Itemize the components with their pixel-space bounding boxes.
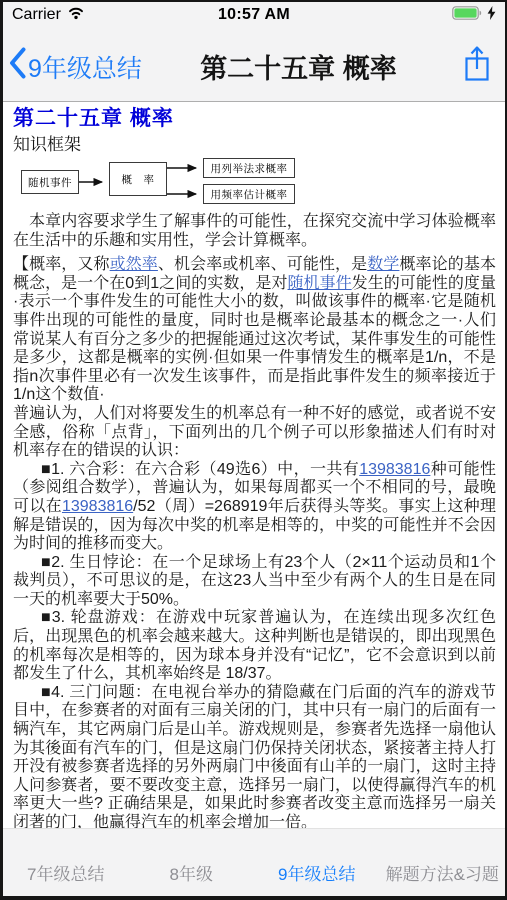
inline-link[interactable]: 13983816 <box>359 461 430 478</box>
text-segment: 、机会率或机率、可能性，是 <box>158 256 367 273</box>
tab-item[interactable]: 解题方法&习题 <box>380 860 506 885</box>
screen: Carrier 10:57 AM <box>0 0 507 900</box>
paragraph: 【概率，又称或然率、机会率或机率、可能性，是数学概率论的基本概念，是一个在0到1… <box>13 256 496 405</box>
carrier-label: Carrier <box>12 6 61 24</box>
share-icon <box>463 45 491 88</box>
paragraph: 本章内容要求学生了解事件的可能性，在探究交流中学习体验概率在生活中的乐趣和实用性… <box>13 213 496 250</box>
text-segment: 【概率，又称 <box>13 256 110 273</box>
framework-label: 知识框架 <box>13 134 496 156</box>
text-segment: 本章内容要求学生了解事件的可能性，在探究交流中学习体验概率在生活中的乐趣和实用性… <box>13 213 496 249</box>
inline-link[interactable]: 13983816 <box>62 498 133 515</box>
tab-item[interactable]: 8年级 <box>129 860 255 885</box>
paragraph: ■1. 六合彩：在六合彩（49选6）中，一共有13983816种可能性（参阅组合… <box>13 461 496 554</box>
wifi-icon <box>67 6 85 25</box>
text-segment: ■3. 轮盘游戏：在游戏中玩家普遍认为，在连续出现多次红色后，出现黑色的机率会越… <box>13 609 496 682</box>
diagram-node-random-event: 随机事件 <box>21 170 79 194</box>
page-title: 第二十五章 概率 <box>142 47 455 86</box>
document-heading: 第二十五章 概率 <box>13 106 496 132</box>
diagram-node-probability: 概 率 <box>109 162 167 196</box>
text-segment: ■2. 生日悖论：在一个足球场上有23个人（2×11个运动员和1个裁判员），不可… <box>13 554 496 608</box>
inline-link[interactable]: 或然率 <box>110 256 158 273</box>
paragraph: ■3. 轮盘游戏：在游戏中玩家普遍认为，在连续出现多次红色后，出现黑色的机率会越… <box>13 609 496 683</box>
back-button-label: 9年级总结 <box>28 49 142 85</box>
back-chevron-icon <box>9 47 26 86</box>
document-body: 本章内容要求学生了解事件的可能性，在探究交流中学习体验概率在生活中的乐趣和实用性… <box>13 213 496 828</box>
share-button[interactable] <box>455 45 499 88</box>
paragraph: ■2. 生日悖论：在一个足球场上有23个人（2×11个运动员和1个裁判员），不可… <box>13 554 496 610</box>
nav-bar: 9年级总结 第二十五章 概率 <box>3 28 505 102</box>
knowledge-diagram: 随机事件 概 率 用列举法求概率 用频率估计概率 <box>13 158 496 208</box>
paragraph: 普遍认为，人们对将要发生的机率总有一种不好的感觉，或者说不安全感，俗称「点背」，… <box>13 405 496 461</box>
tab-bar: 7年级总结8年级9年级总结解题方法&习题 <box>3 828 505 896</box>
text-segment: ■1. 六合彩：在六合彩（49选6）中，一共有 <box>41 461 359 478</box>
status-bar: Carrier 10:57 AM <box>3 2 505 28</box>
text-segment: 发生的可能性的度量·表示一个事件发生的可能性大小的数，叫做该事件的概率·它是随机… <box>13 275 496 404</box>
tab-item[interactable]: 9年级总结 <box>254 860 380 885</box>
inline-link[interactable]: 数学 <box>367 256 399 273</box>
inline-link[interactable]: 随机事件 <box>288 275 352 292</box>
diagram-node-enumeration-method: 用列举法求概率 <box>203 158 295 178</box>
text-segment: ■4. 三门问题：在电视台举办的猜隐藏在门后面的汽车的游戏节目中，在参赛者的对面… <box>13 684 496 828</box>
charging-bolt-icon <box>487 6 496 25</box>
status-time: 10:57 AM <box>218 6 290 24</box>
back-button[interactable]: 9年级总结 <box>9 47 142 86</box>
diagram-node-frequency-estimate: 用频率估计概率 <box>203 184 295 204</box>
document-content[interactable]: 第二十五章 概率 知识框架 随机事件 概 率 用列举法求概率 用频率估计概率 本… <box>3 102 505 828</box>
paragraph: ■4. 三门问题：在电视台举办的猜隐藏在门后面的汽车的游戏节目中，在参赛者的对面… <box>13 684 496 828</box>
battery-icon <box>452 6 483 25</box>
text-segment: 普遍认为，人们对将要发生的机率总有一种不好的感觉，或者说不安全感，俗称「点背」，… <box>13 405 496 459</box>
tab-item[interactable]: 7年级总结 <box>3 860 129 885</box>
